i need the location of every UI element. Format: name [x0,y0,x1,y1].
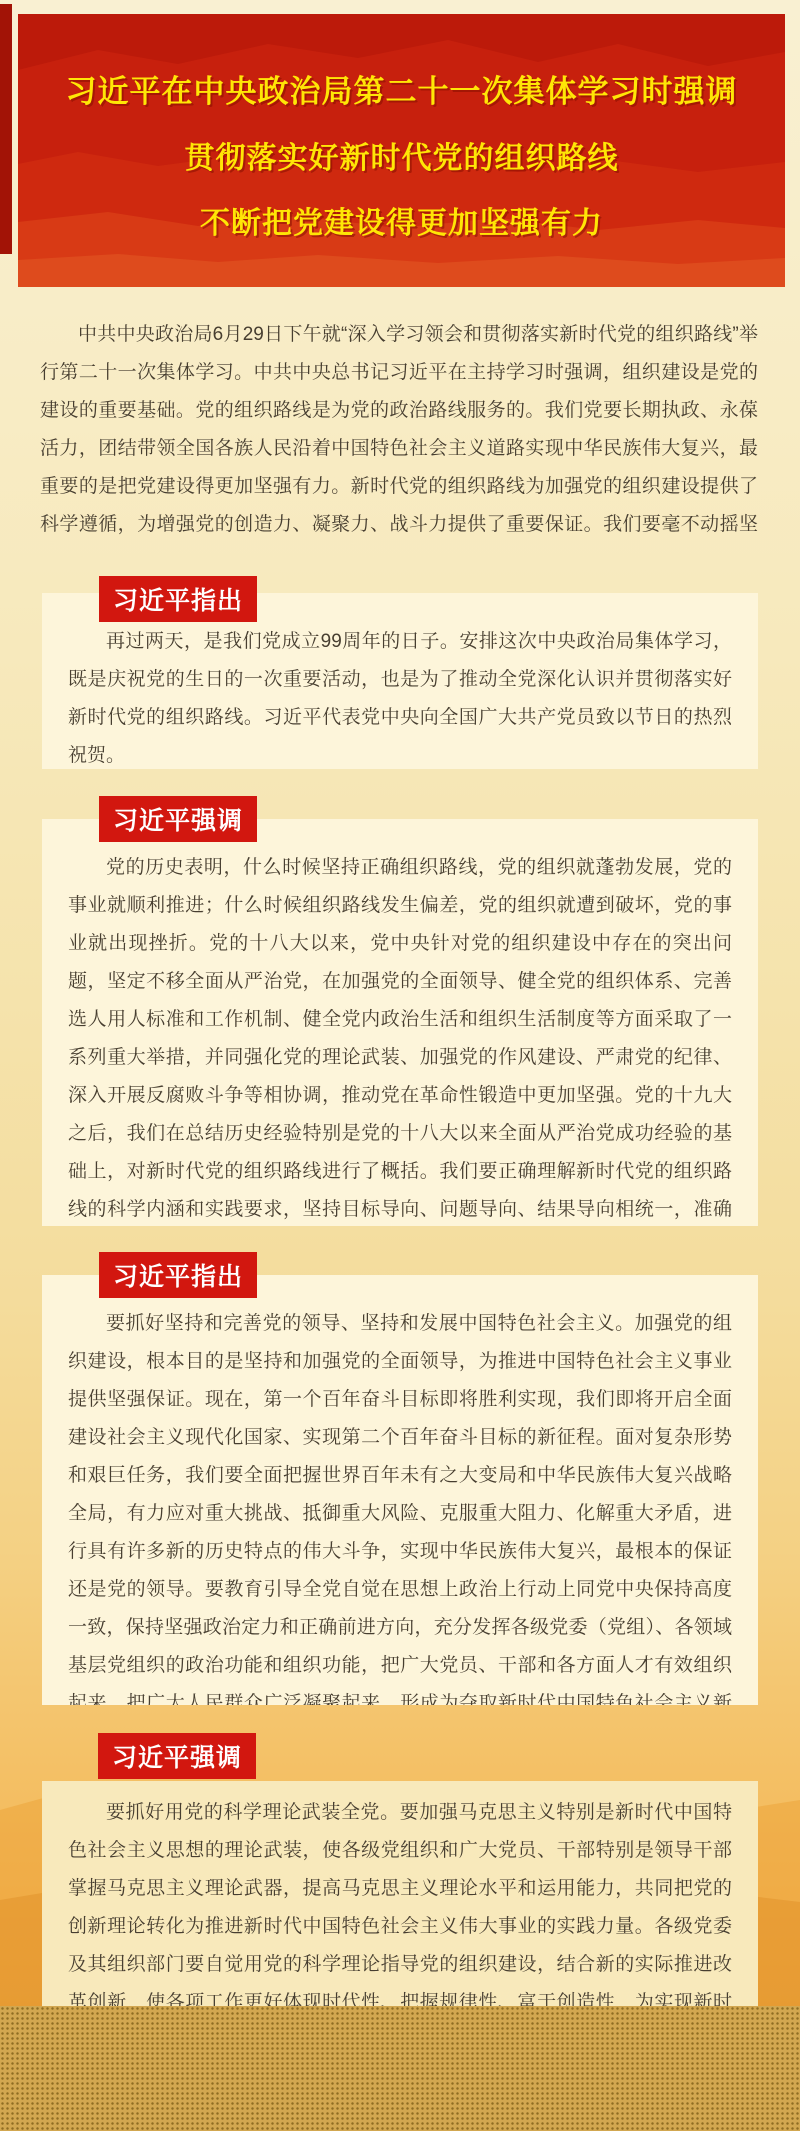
banner-title-line-3: 不断把党建设得更加坚强有力 [18,198,785,242]
intro-paragraph-text: 中共中央政治局6月29日下午就“深入学习领会和贯彻落实新时代党的组织路线”举行第… [40,316,758,548]
quote-text-1: 再过两天，是我们党成立99周年的日子。安排这次中央政治局集体学习，既是庆祝党的生… [68,623,732,769]
quote-card-2: 党的历史表明，什么时候坚持正确组织路线，党的组织就蓬勃发展，党的事业就顺利推进；… [42,819,758,1226]
speaker-badge-2: 习近平强调 [99,796,257,842]
banner-title-line-1: 习近平在中央政治局第二十一次集体学习时强调 [18,66,785,111]
page-root: 习近平在中央政治局第二十一次集体学习时强调 贯彻落实好新时代党的组织路线 不断把… [0,0,800,2131]
intro-paragraph: 中共中央政治局6月29日下午就“深入学习领会和贯彻落实新时代党的组织路线”举行第… [40,316,758,548]
quote-text-3: 要抓好坚持和完善党的领导、坚持和发展中国特色社会主义。加强党的组织建设，根本目的… [68,1305,732,1705]
banner-title-line-2: 贯彻落实好新时代党的组织路线 [18,133,785,177]
left-accent-strip [0,4,12,254]
dotted-footer-band [0,2006,800,2131]
header-banner: 习近平在中央政治局第二十一次集体学习时强调 贯彻落实好新时代党的组织路线 不断把… [18,14,785,287]
speaker-badge-3: 习近平指出 [99,1252,257,1298]
quote-text-2: 党的历史表明，什么时候坚持正确组织路线，党的组织就蓬勃发展，党的事业就顺利推进；… [68,849,732,1226]
speaker-badge-4: 习近平强调 [98,1733,256,1779]
speaker-badge-1: 习近平指出 [99,576,257,622]
quote-card-3: 要抓好坚持和完善党的领导、坚持和发展中国特色社会主义。加强党的组织建设，根本目的… [42,1275,758,1705]
